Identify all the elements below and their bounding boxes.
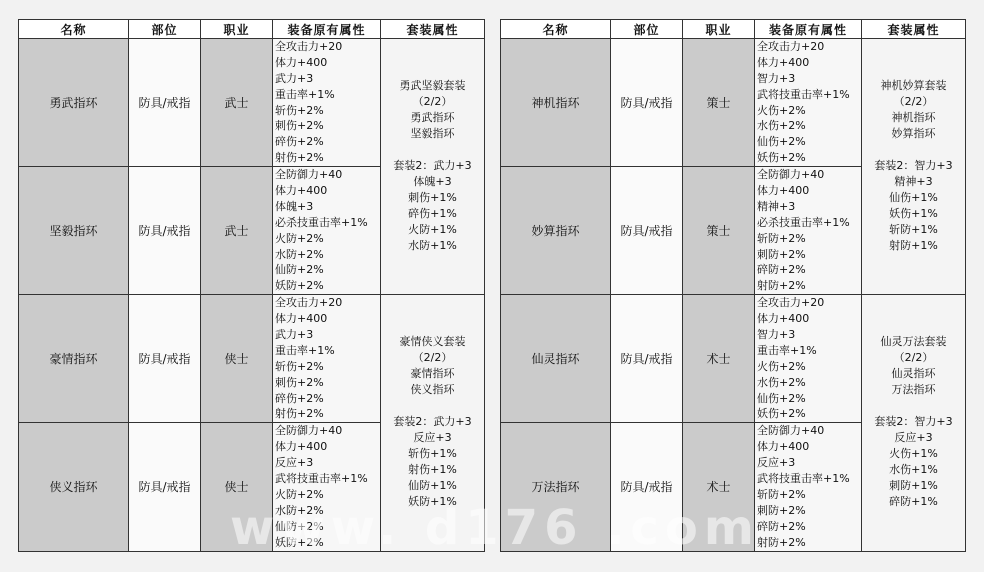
item-name: 勇武指环 [19, 39, 129, 167]
attr-line: 斩伤+2% [275, 359, 380, 375]
attr-line: 全攻击力+20 [757, 39, 861, 55]
attr-line: 武力+3 [275, 71, 380, 87]
attr-line: 火伤+2% [757, 103, 861, 119]
attr-line: 水防+2% [275, 503, 380, 519]
set-title: 豪情侠义套装 [381, 334, 484, 350]
attr-line: 碎伤+2% [275, 134, 380, 150]
set-bonus: 碎防+1% [862, 494, 965, 510]
set-bonus: 火防+1% [381, 222, 484, 238]
item-slot: 防具/戒指 [611, 295, 683, 423]
attr-line: 射伤+2% [275, 406, 380, 422]
attr-line: 全防御力+40 [757, 423, 861, 439]
header-row: 名称 部位 职业 装备原有属性 套装属性 [501, 20, 966, 39]
attr-line: 斩防+2% [757, 231, 861, 247]
set-member: 仙灵指环 [862, 366, 965, 382]
attr-line: 全防御力+40 [275, 167, 380, 183]
attr-line: 体魄+3 [275, 199, 380, 215]
attr-line: 体力+400 [757, 55, 861, 71]
set-member: 万法指环 [862, 382, 965, 398]
attr-line: 火伤+2% [757, 359, 861, 375]
attr-line: 碎防+2% [757, 519, 861, 535]
attr-line: 体力+400 [275, 55, 380, 71]
table-row: 勇武指环 防具/戒指 武士 全攻击力+20 体力+400 武力+3 重击率+1%… [19, 39, 485, 167]
item-name: 仙灵指环 [501, 295, 611, 423]
set-bonus: 火伤+1% [862, 446, 965, 462]
set-bonus: 精神+3 [862, 174, 965, 190]
table-row: 仙灵指环 防具/戒指 术士 全攻击力+20 体力+400 智力+3 重击率+1%… [501, 295, 966, 423]
set-bonus: 斩防+1% [862, 222, 965, 238]
attr-line: 体力+400 [275, 183, 380, 199]
item-slot: 防具/戒指 [611, 39, 683, 167]
set-count: （2/2） [381, 94, 484, 110]
set-member: 勇武指环 [381, 110, 484, 126]
item-attrs: 全攻击力+20 体力+400 武力+3 重击率+1% 斩伤+2% 刺伤+2% 碎… [273, 295, 381, 423]
set-bonus: 碎伤+1% [381, 206, 484, 222]
attr-line: 武将技重击率+1% [757, 471, 861, 487]
item-attrs: 全防御力+40 体力+400 精神+3 必杀技重击率+1% 斩防+2% 刺防+2… [755, 167, 862, 295]
item-attrs: 全攻击力+20 体力+400 智力+3 武将技重击率+1% 火伤+2% 水伤+2… [755, 39, 862, 167]
item-name: 神机指环 [501, 39, 611, 167]
item-attrs: 全防御力+40 体力+400 体魄+3 必杀技重击率+1% 火防+2% 水防+2… [273, 167, 381, 295]
attr-line: 射防+2% [757, 278, 861, 294]
attr-line: 水伤+2% [757, 375, 861, 391]
attr-line: 全攻击力+20 [275, 39, 380, 55]
attr-line: 武将技重击率+1% [275, 471, 380, 487]
item-job: 武士 [201, 39, 273, 167]
set-title: 勇武坚毅套装 [381, 78, 484, 94]
header-name: 名称 [501, 20, 611, 39]
attr-line: 刺防+2% [757, 503, 861, 519]
item-slot: 防具/戒指 [611, 423, 683, 551]
attr-line: 水防+2% [275, 247, 380, 263]
attr-line: 刺伤+2% [275, 375, 380, 391]
set-bonus: 射伤+1% [381, 462, 484, 478]
attr-line: 全防御力+40 [757, 167, 861, 183]
attr-line: 必杀技重击率+1% [275, 215, 380, 231]
set-bonus: 水伤+1% [862, 462, 965, 478]
item-attrs: 全攻击力+20 体力+400 武力+3 重击率+1% 斩伤+2% 刺伤+2% 碎… [273, 39, 381, 167]
header-attrs: 装备原有属性 [755, 20, 862, 39]
attr-line: 体力+400 [757, 311, 861, 327]
attr-line: 火防+2% [275, 231, 380, 247]
set-bonus: 射防+1% [862, 238, 965, 254]
item-name: 妙算指环 [501, 167, 611, 295]
attr-line: 智力+3 [757, 327, 861, 343]
header-set: 套装属性 [862, 20, 966, 39]
attr-line: 体力+400 [275, 311, 380, 327]
attr-line: 武将技重击率+1% [757, 87, 861, 103]
table-row: 神机指环 防具/戒指 策士 全攻击力+20 体力+400 智力+3 武将技重击率… [501, 39, 966, 167]
set-count: （2/2） [381, 350, 484, 366]
attr-line: 重击率+1% [275, 343, 380, 359]
set-title: 仙灵万法套装 [862, 334, 965, 350]
attr-line: 精神+3 [757, 199, 861, 215]
set-member: 妙算指环 [862, 126, 965, 142]
attr-line: 全攻击力+20 [757, 295, 861, 311]
attr-line: 火防+2% [275, 487, 380, 503]
set-attrs: 豪情侠义套装 （2/2） 豪情指环 侠义指环 套装2：武力+3 反应+3 斩伤+… [381, 295, 485, 551]
set-bonus: 妖伤+1% [862, 206, 965, 222]
set-member: 坚毅指环 [381, 126, 484, 142]
attr-line: 妖伤+2% [757, 406, 861, 422]
item-job: 术士 [683, 423, 755, 551]
attr-line: 斩防+2% [757, 487, 861, 503]
set-count: （2/2） [862, 350, 965, 366]
header-set: 套装属性 [381, 20, 485, 39]
right-equipment-table: 名称 部位 职业 装备原有属性 套装属性 神机指环 防具/戒指 策士 全攻击力+… [500, 19, 966, 552]
set-bonus: 套装2：武力+3 [381, 414, 484, 430]
set-attrs: 勇武坚毅套装 （2/2） 勇武指环 坚毅指环 套装2：武力+3 体魄+3 刺伤+… [381, 39, 485, 295]
set-bonus: 水防+1% [381, 238, 484, 254]
attr-line: 全防御力+40 [275, 423, 380, 439]
item-slot: 防具/戒指 [129, 423, 201, 551]
attr-line: 妖防+2% [275, 535, 380, 551]
set-bonus: 刺防+1% [862, 478, 965, 494]
set-bonus: 套装2：武力+3 [381, 158, 484, 174]
header-slot: 部位 [129, 20, 201, 39]
attr-line: 体力+400 [757, 183, 861, 199]
item-attrs: 全攻击力+20 体力+400 智力+3 重击率+1% 火伤+2% 水伤+2% 仙… [755, 295, 862, 423]
set-bonus: 仙防+1% [381, 478, 484, 494]
attr-line: 反应+3 [275, 455, 380, 471]
set-bonus: 斩伤+1% [381, 446, 484, 462]
attr-line: 妖防+2% [275, 278, 380, 294]
item-name: 豪情指环 [19, 295, 129, 423]
attr-line: 碎防+2% [757, 262, 861, 278]
item-name: 万法指环 [501, 423, 611, 551]
set-bonus: 反应+3 [862, 430, 965, 446]
attr-line: 仙防+2% [275, 262, 380, 278]
item-slot: 防具/戒指 [129, 295, 201, 423]
set-bonus: 套装2：智力+3 [862, 158, 965, 174]
attr-line: 反应+3 [757, 455, 861, 471]
set-attrs: 神机妙算套装 （2/2） 神机指环 妙算指环 套装2：智力+3 精神+3 仙伤+… [862, 39, 966, 295]
attr-line: 重击率+1% [275, 87, 380, 103]
attr-line: 仙伤+2% [757, 391, 861, 407]
item-job: 策士 [683, 39, 755, 167]
attr-line: 碎伤+2% [275, 391, 380, 407]
item-name: 侠义指环 [19, 423, 129, 551]
set-bonus: 仙伤+1% [862, 190, 965, 206]
header-job: 职业 [201, 20, 273, 39]
set-attrs: 仙灵万法套装 （2/2） 仙灵指环 万法指环 套装2：智力+3 反应+3 火伤+… [862, 295, 966, 551]
set-title: 神机妙算套装 [862, 78, 965, 94]
set-bonus: 反应+3 [381, 430, 484, 446]
set-bonus: 妖防+1% [381, 494, 484, 510]
header-name: 名称 [19, 20, 129, 39]
item-job: 侠士 [201, 423, 273, 551]
item-slot: 防具/戒指 [611, 167, 683, 295]
set-bonus: 体魄+3 [381, 174, 484, 190]
attr-line: 仙防+2% [275, 519, 380, 535]
attr-line: 体力+400 [757, 439, 861, 455]
attr-line: 射伤+2% [275, 150, 380, 166]
attr-line: 武力+3 [275, 327, 380, 343]
set-member: 神机指环 [862, 110, 965, 126]
item-name: 坚毅指环 [19, 167, 129, 295]
attr-line: 全攻击力+20 [275, 295, 380, 311]
header-row: 名称 部位 职业 装备原有属性 套装属性 [19, 20, 485, 39]
item-job: 武士 [201, 167, 273, 295]
item-job: 术士 [683, 295, 755, 423]
header-attrs: 装备原有属性 [273, 20, 381, 39]
set-member: 侠义指环 [381, 382, 484, 398]
item-job: 策士 [683, 167, 755, 295]
attr-line: 体力+400 [275, 439, 380, 455]
item-job: 侠士 [201, 295, 273, 423]
item-attrs: 全防御力+40 体力+400 反应+3 武将技重击率+1% 斩防+2% 刺防+2… [755, 423, 862, 551]
attr-line: 刺防+2% [757, 247, 861, 263]
attr-line: 斩伤+2% [275, 103, 380, 119]
attr-line: 必杀技重击率+1% [757, 215, 861, 231]
item-slot: 防具/戒指 [129, 167, 201, 295]
set-bonus: 刺伤+1% [381, 190, 484, 206]
left-equipment-table: 名称 部位 职业 装备原有属性 套装属性 勇武指环 防具/戒指 武士 全攻击力+… [18, 19, 485, 552]
attr-line: 妖伤+2% [757, 150, 861, 166]
attr-line: 仙伤+2% [757, 134, 861, 150]
set-bonus: 套装2：智力+3 [862, 414, 965, 430]
attr-line: 射防+2% [757, 535, 861, 551]
attr-line: 水伤+2% [757, 118, 861, 134]
table-row: 豪情指环 防具/戒指 侠士 全攻击力+20 体力+400 武力+3 重击率+1%… [19, 295, 485, 423]
attr-line: 重击率+1% [757, 343, 861, 359]
item-slot: 防具/戒指 [129, 39, 201, 167]
item-attrs: 全防御力+40 体力+400 反应+3 武将技重击率+1% 火防+2% 水防+2… [273, 423, 381, 551]
set-member: 豪情指环 [381, 366, 484, 382]
header-slot: 部位 [611, 20, 683, 39]
attr-line: 智力+3 [757, 71, 861, 87]
header-job: 职业 [683, 20, 755, 39]
attr-line: 刺伤+2% [275, 118, 380, 134]
set-count: （2/2） [862, 94, 965, 110]
